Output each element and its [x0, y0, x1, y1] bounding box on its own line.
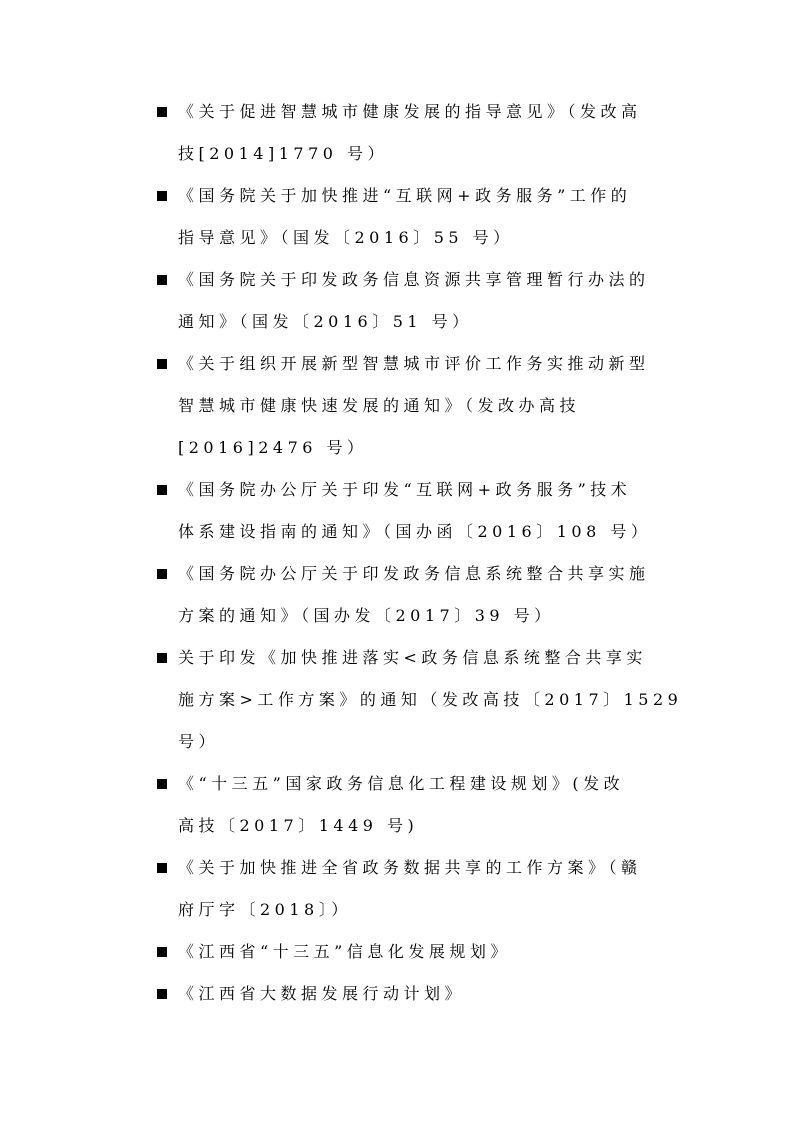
- list-item: 《“十三五”国家政务信息化工程建设规划》(发改 高技〔2017〕1449 号): [157, 763, 677, 847]
- list-item: 《国务院办公厅关于印发政务信息系统整合共享实施 方案的通知》（国办发〔2017〕…: [157, 553, 677, 637]
- bullet-square-icon: [157, 989, 167, 999]
- list-item: 《国务院关于印发政务信息资源共享管理暂行办法的 通知》（国发〔2016〕51 号…: [157, 259, 677, 343]
- document-page: 《关于促进智慧城市健康发展的指导意见》（发改高 技[2014]1770 号） 《…: [0, 0, 793, 1122]
- list-item: 关于印发《加快推进落实<政务信息系统整合共享实 施方案>工作方案》的通知（发改高…: [157, 637, 677, 763]
- list-item-line: 指导意见》（国发〔2016〕55 号）: [178, 217, 677, 259]
- list-item-line: 《江西省“十三五”信息化发展规划》: [178, 931, 677, 973]
- list-item-line: 《“十三五”国家政务信息化工程建设规划》(发改: [178, 763, 677, 805]
- list-item-line: 《江西省大数据发展行动计划》: [178, 973, 677, 1015]
- list-item: 《江西省“十三五”信息化发展规划》: [157, 931, 677, 973]
- list-item: 《江西省大数据发展行动计划》: [157, 973, 677, 1015]
- bullet-square-icon: [157, 947, 167, 957]
- list-item-line: 《国务院办公厅关于印发政务信息系统整合共享实施: [178, 553, 677, 595]
- list-item-line: 通知》（国发〔2016〕51 号）: [178, 301, 677, 343]
- list-item: 《关于促进智慧城市健康发展的指导意见》（发改高 技[2014]1770 号）: [157, 91, 677, 175]
- list-item-line: 方案的通知》（国办发〔2017〕39 号）: [178, 595, 677, 637]
- list-item: 《关于组织开展新型智慧城市评价工作务实推动新型 智慧城市健康快速发展的通知》（发…: [157, 343, 677, 469]
- list-item-line: 施方案>工作方案》的通知（发改高技〔2017〕1529: [178, 679, 677, 721]
- list-item: 《国务院关于加快推进“互联网+政务服务”工作的 指导意见》（国发〔2016〕55…: [157, 175, 677, 259]
- list-item-line: 《关于组织开展新型智慧城市评价工作务实推动新型: [178, 343, 677, 385]
- list-item: 《国务院办公厅关于印发“互联网+政务服务”技术 体系建设指南的通知》（国办函〔2…: [157, 469, 677, 553]
- list-item-line: 高技〔2017〕1449 号): [178, 805, 677, 847]
- bullet-square-icon: [157, 569, 167, 579]
- list-item-line: 《国务院关于印发政务信息资源共享管理暂行办法的: [178, 259, 677, 301]
- bullet-square-icon: [157, 779, 167, 789]
- list-item-line: 关于印发《加快推进落实<政务信息系统整合共享实: [178, 637, 677, 679]
- list-item-line: 《关于加快推进全省政务数据共享的工作方案》（赣: [178, 847, 677, 889]
- list-item-line: 《关于促进智慧城市健康发展的指导意见》（发改高: [178, 91, 677, 133]
- bullet-square-icon: [157, 359, 167, 369]
- bullet-square-icon: [157, 485, 167, 495]
- bullet-square-icon: [157, 275, 167, 285]
- list-item-line: 《国务院关于加快推进“互联网+政务服务”工作的: [178, 175, 677, 217]
- bullet-square-icon: [157, 191, 167, 201]
- list-item: 《关于加快推进全省政务数据共享的工作方案》（赣 府厅字〔2018〕）: [157, 847, 677, 931]
- list-item-line: [2016]2476 号）: [178, 427, 677, 469]
- list-item-line: 智慧城市健康快速发展的通知》（发改办高技: [178, 385, 677, 427]
- bullet-square-icon: [157, 653, 167, 663]
- policy-list: 《关于促进智慧城市健康发展的指导意见》（发改高 技[2014]1770 号） 《…: [157, 91, 677, 1015]
- list-item-line: 号）: [178, 721, 677, 763]
- bullet-square-icon: [157, 107, 167, 117]
- bullet-square-icon: [157, 863, 167, 873]
- list-item-line: 府厅字〔2018〕）: [178, 889, 677, 931]
- list-item-line: 体系建设指南的通知》（国办函〔2016〕108 号）: [178, 511, 677, 553]
- list-item-line: 技[2014]1770 号）: [178, 133, 677, 175]
- list-item-line: 《国务院办公厅关于印发“互联网+政务服务”技术: [178, 469, 677, 511]
